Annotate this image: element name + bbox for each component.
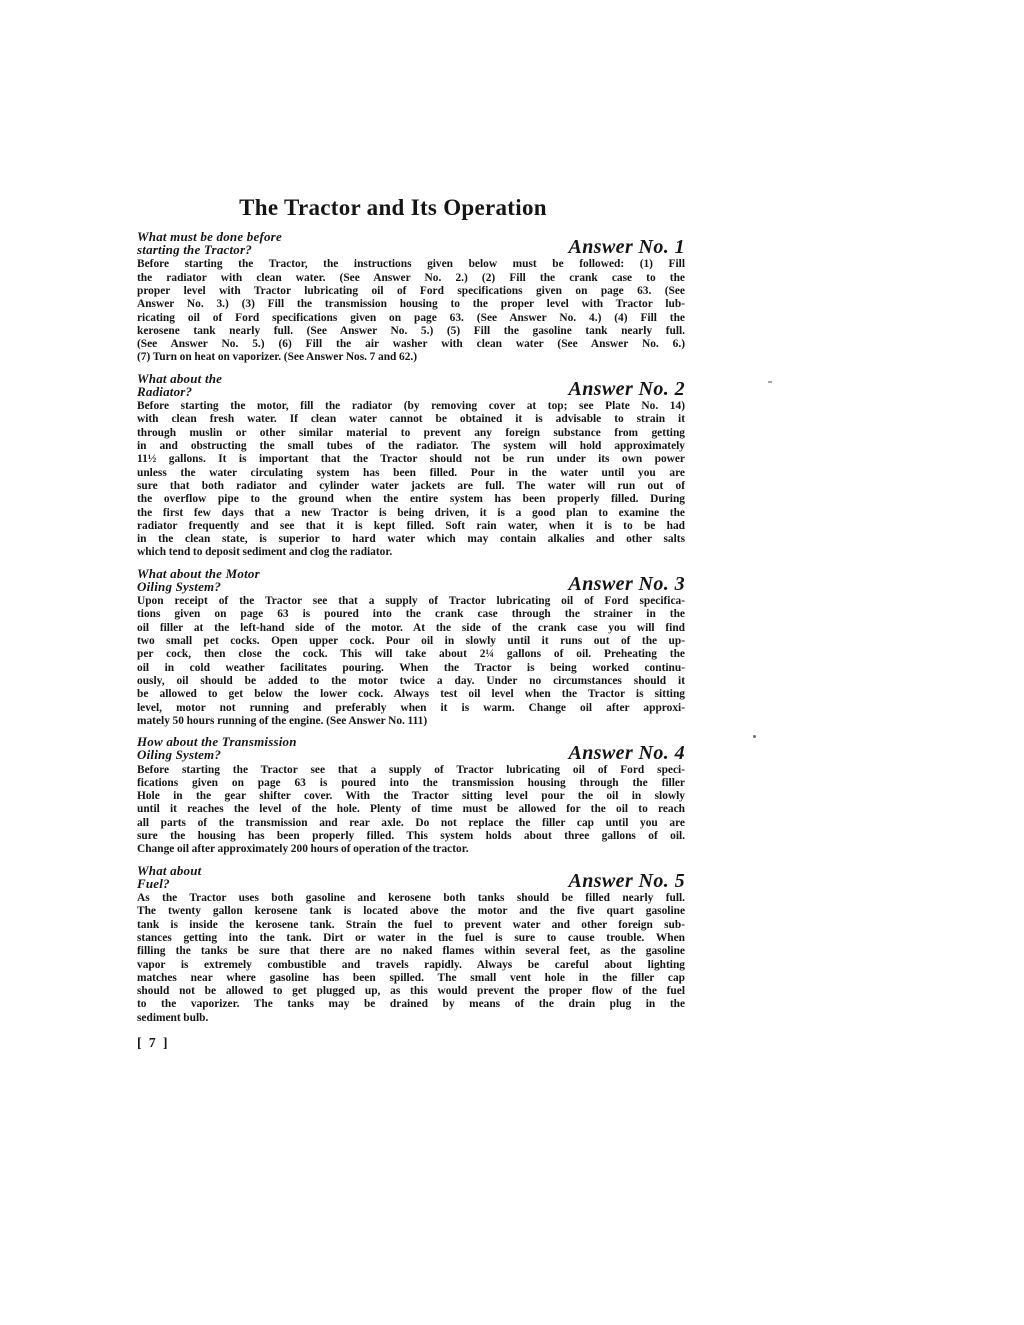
body-line: the overflow pipe to the ground when the…: [137, 493, 685, 506]
body-line: Upon receipt of the Tractor see that a s…: [137, 595, 685, 608]
body-line: Hole in the gear shifter cover. With the…: [137, 790, 685, 803]
page-title: The Tractor and Its Operation: [119, 196, 667, 219]
answer-paragraph: Before starting the Tractor see that a s…: [137, 764, 685, 857]
page-content: The Tractor and Its Operation What must …: [137, 196, 685, 1051]
body-line: mately 50 hours running of the engine. (…: [137, 715, 685, 728]
body-line: proper level with Tractor lubricating oi…: [137, 285, 685, 298]
section-header: What aboutFuel? Answer No. 5: [137, 864, 685, 890]
qa-sections: What must be done beforestarting the Tra…: [137, 230, 685, 1025]
body-line: fications given on page 63 is poured int…: [137, 777, 685, 790]
body-line: stances getting into the tank. Dirt or w…: [137, 932, 685, 945]
body-line: tank is inside the kerosene tank. Strain…: [137, 919, 685, 932]
body-line: should not be allowed to get plugged up,…: [137, 985, 685, 998]
body-line: 11½ gallons. It is important that the Tr…: [137, 453, 685, 466]
body-line: matches near where gasoline has been spi…: [137, 972, 685, 985]
answer-label: Answer No. 5: [569, 872, 686, 891]
body-line: Before starting the Tractor see that a s…: [137, 764, 685, 777]
body-line: which tend to deposit sediment and clog …: [137, 546, 685, 559]
question-line: What about the Motor: [137, 567, 260, 580]
answer-paragraph: Before starting the motor, fill the radi…: [137, 400, 685, 560]
body-line: Before starting the Tractor, the instruc…: [137, 258, 685, 271]
body-line: sure the housing has been properly fille…: [137, 830, 685, 843]
body-line: all parts of the transmission and rear a…: [137, 817, 685, 830]
answer-label: Answer No. 1: [569, 238, 686, 257]
qa-section: What must be done beforestarting the Tra…: [137, 230, 685, 365]
body-line: filling the tanks be sure that there are…: [137, 945, 685, 958]
body-line: sure that both radiator and cylinder wat…: [137, 480, 685, 493]
body-line: in the clean state, is superior to hard …: [137, 533, 685, 546]
body-line: be allowed to get below the lower cock. …: [137, 688, 685, 701]
body-line: oil in cold weather facilitates pouring.…: [137, 662, 685, 675]
scan-artifact-dash: [768, 381, 772, 383]
body-line: tions given on page 63 is poured into th…: [137, 608, 685, 621]
question-text: What aboutFuel?: [137, 864, 202, 890]
question-line: Oiling System?: [137, 748, 297, 761]
body-line: (7) Turn on heat on vaporizer. (See Answ…: [137, 351, 685, 364]
question-text: What about theRadiator?: [137, 372, 222, 398]
question-line: Radiator?: [137, 385, 222, 398]
body-line: oil filler at the left-hand side of the …: [137, 622, 685, 635]
body-line: As the Tractor uses both gasoline and ke…: [137, 892, 685, 905]
question-line: starting the Tractor?: [137, 243, 282, 256]
body-line: until it reaches the level of the hole. …: [137, 803, 685, 816]
question-text: What must be done beforestarting the Tra…: [137, 230, 282, 256]
answer-label: Answer No. 2: [569, 380, 686, 399]
answer-label: Answer No. 4: [569, 744, 686, 763]
answer-paragraph: Before starting the Tractor, the instruc…: [137, 258, 685, 364]
body-line: Answer No. 3.) (3) Fill the transmission…: [137, 298, 685, 311]
question-text: What about the MotorOiling System?: [137, 567, 260, 593]
document-page: The Tractor and Its Operation What must …: [0, 0, 1024, 1325]
scan-artifact-dot: [753, 735, 756, 738]
section-header: What about the MotorOiling System? Answe…: [137, 567, 685, 593]
body-line: sediment bulb.: [137, 1012, 685, 1025]
body-line: (See Answer No. 5.) (6) Fill the air was…: [137, 338, 685, 351]
body-line: The twenty gallon kerosene tank is locat…: [137, 905, 685, 918]
body-line: the radiator with clean water. (See Answ…: [137, 272, 685, 285]
body-line: through muslin or other similar material…: [137, 427, 685, 440]
answer-label: Answer No. 3: [569, 575, 686, 594]
section-header: How about the TransmissionOiling System?…: [137, 735, 685, 761]
qa-section: What aboutFuel? Answer No. 5 As the Trac…: [137, 864, 685, 1025]
answer-paragraph: As the Tractor uses both gasoline and ke…: [137, 892, 685, 1025]
body-line: level, motor not running and preferably …: [137, 702, 685, 715]
body-line: the first few days that a new Tractor is…: [137, 507, 685, 520]
body-line: Change oil after approximately 200 hours…: [137, 843, 685, 856]
section-header: What about theRadiator? Answer No. 2: [137, 372, 685, 398]
body-line: radiator frequently and see that it is k…: [137, 520, 685, 533]
body-line: unless the water circulating system has …: [137, 467, 685, 480]
body-line: in and obstructing the small tubes of th…: [137, 440, 685, 453]
section-header: What must be done beforestarting the Tra…: [137, 230, 685, 256]
body-line: to the vaporizer. The tanks may be drain…: [137, 998, 685, 1011]
question-line: What about: [137, 864, 202, 877]
question-line: What about the: [137, 372, 222, 385]
body-line: ously, oil should be added to the motor …: [137, 675, 685, 688]
question-line: Fuel?: [137, 877, 202, 890]
qa-section: How about the TransmissionOiling System?…: [137, 735, 685, 856]
body-line: with clean fresh water. If clean water c…: [137, 413, 685, 426]
body-line: per cock, then close the cock. This will…: [137, 648, 685, 661]
body-line: vapor is extremely combustible and trave…: [137, 959, 685, 972]
qa-section: What about the MotorOiling System? Answe…: [137, 567, 685, 728]
question-line: Oiling System?: [137, 580, 260, 593]
answer-paragraph: Upon receipt of the Tractor see that a s…: [137, 595, 685, 728]
body-line: Before starting the motor, fill the radi…: [137, 400, 685, 413]
body-line: ricating oil of Ford specifications give…: [137, 312, 685, 325]
question-text: How about the TransmissionOiling System?: [137, 735, 297, 761]
body-line: two small pet cocks. Open upper cock. Po…: [137, 635, 685, 648]
page-number: [ 7 ]: [137, 1035, 685, 1051]
body-line: kerosene tank nearly full. (See Answer N…: [137, 325, 685, 338]
qa-section: What about theRadiator? Answer No. 2 Bef…: [137, 372, 685, 560]
